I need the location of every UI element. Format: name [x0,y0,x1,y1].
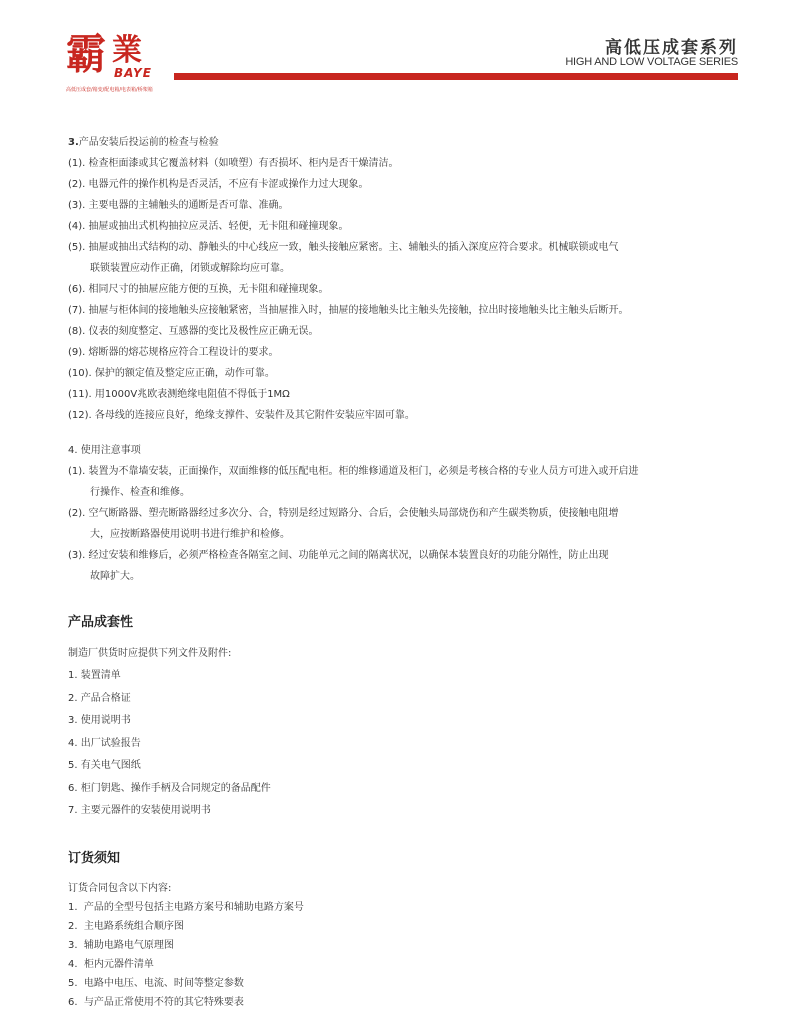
list-item: (1). 装置为不靠墙安装，正面操作，双面维修的低压配电柜。柜的维修通道及柜门，… [68,461,740,482]
list-item: (1). 检查柜面漆或其它覆盖材料（如喷塑）有否损坏、柜内是否干燥清洁。 [68,153,740,174]
list-item: (4). 抽屉或抽出式机构抽拉应灵活、轻便，无卡阻和碰撞现象。 [68,216,740,237]
section-4-list: (1). 装置为不靠墙安装，正面操作，双面维修的低压配电柜。柜的维修通道及柜门，… [68,461,740,587]
logo-char-ba: 霸 [66,31,108,79]
series-title-cn: 高低压成套系列 [605,33,738,58]
list-item: (2). 空气断路器、塑壳断路器经过多次分、合，特别是经过短路分、合后，会使触头… [68,503,740,524]
list-item-continuation: 故障扩大。 [68,566,740,587]
ordering-heading: 订货须知 [68,847,740,871]
section-3-list: (1). 检查柜面漆或其它覆盖材料（如喷塑）有否损坏、柜内是否干燥清洁。 (2)… [68,153,740,426]
section-title-text: 产品安装后投运前的检查与检验 [79,137,219,148]
logo-english: BAYE [114,66,152,80]
list-item: 2. 主电路系统组合顺序图 [68,917,740,936]
list-item: 6. 柜门钥匙、操作手柄及合同规定的备品配件 [68,778,740,801]
section-3-title: 3.产品安装后投运前的检查与检验 [68,132,740,153]
list-item: (10). 保护的额定值及整定应正确，动作可靠。 [68,363,740,384]
list-item: 4. 出厂试验报告 [68,733,740,756]
list-item: 3. 使用说明书 [68,710,740,733]
list-item: 2. 产品合格证 [68,688,740,711]
completeness-heading: 产品成套性 [68,611,740,635]
list-item: 5. 有关电气图纸 [68,755,740,778]
list-item: (8). 仪表的刻度整定、互感器的变比及极性应正确无误。 [68,321,740,342]
list-item: 1. 装置清单 [68,665,740,688]
list-item-continuation: 大，应按断路器使用说明书进行维护和检修。 [68,524,740,545]
completeness-list: 1. 装置清单 2. 产品合格证 3. 使用说明书 4. 出厂试验报告 5. 有… [68,665,740,823]
list-item: (11). 用1000V兆欧表测绝缘电阻值不得低于1MΩ [68,384,740,405]
section-4-title: 4. 使用注意事项 [68,440,740,461]
series-title-en: HIGH AND LOW VOLTAGE SERIES [565,56,738,68]
list-item: (7). 抽屉与柜体间的接地触头应接触紧密，当抽屉推入时，抽屉的接地触头比主触头… [68,300,740,321]
brand-logo: 霸業 BAYE [66,32,176,84]
section-number: 3. [68,137,79,148]
list-item: (3). 经过安装和维修后，必须严格检查各隔室之间、功能单元之间的隔离状况，以确… [68,545,740,566]
list-item: 4. 柜内元器件清单 [68,955,740,974]
list-item-continuation: 联锁装置应动作正确，闭锁或解除均应可靠。 [68,258,740,279]
list-item: (6). 相同尺寸的抽屉应能方便的互换，无卡阻和碰撞现象。 [68,279,740,300]
list-item: (5). 抽屉或抽出式结构的动、静触头的中心线应一致，触头接触应紧密。主、辅触头… [68,237,740,258]
list-item: (12). 各母线的连接应良好，绝缘支撑件、安装件及其它附件安装应牢固可靠。 [68,405,740,426]
list-item: 5. 电路中电压、电流、时间等整定参数 [68,974,740,993]
list-item: (3). 主要电器的主辅触头的通断是否可靠、准确。 [68,195,740,216]
logo-tagline: 高低压成套/箱变/配电箱/电表箱/桥架箱 [66,86,153,93]
list-item: (9). 熔断器的熔芯规格应符合工程设计的要求。 [68,342,740,363]
ordering-intro: 订货合同包含以下内容: [68,879,740,898]
header-accent-bar [174,73,738,80]
document-body: 3.产品安装后投运前的检查与检验 (1). 检查柜面漆或其它覆盖材料（如喷塑）有… [68,132,740,1012]
list-item-continuation: 行操作、检查和维修。 [68,482,740,503]
list-item: 6. 与产品正常使用不符的其它特殊要表 [68,993,740,1012]
list-item: (2). 电器元件的操作机构是否灵活，不应有卡涩或操作力过大现象。 [68,174,740,195]
list-item: 3. 辅助电路电气原理图 [68,936,740,955]
list-item: 1. 产品的全型号包括主电路方案号和辅助电路方案号 [68,898,740,917]
completeness-intro: 制造厂供货时应提供下列文件及附件: [68,643,740,665]
list-item: 7. 主要元器件的安装使用说明书 [68,800,740,823]
ordering-list: 订货合同包含以下内容: 1. 产品的全型号包括主电路方案号和辅助电路方案号 2.… [68,879,740,1012]
